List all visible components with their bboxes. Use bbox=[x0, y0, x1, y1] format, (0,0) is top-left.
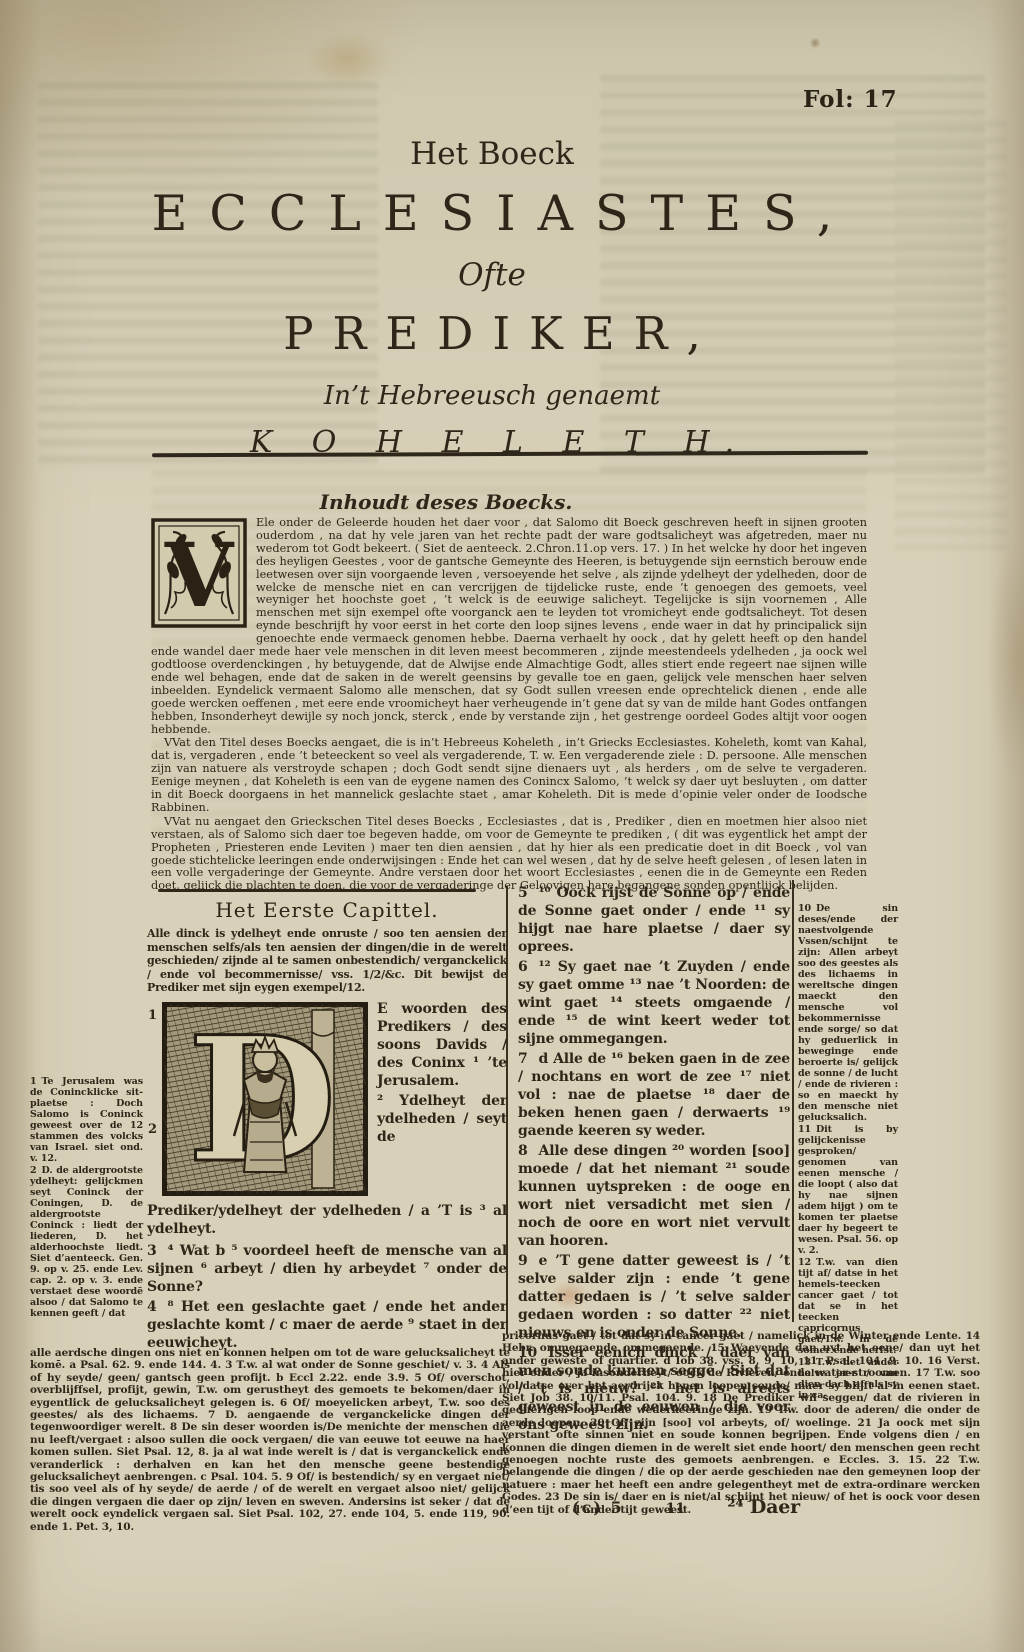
verse-number: 1 bbox=[148, 1008, 157, 1023]
verse: 8Alle dese dingen ²⁰ worden [soo] moede … bbox=[518, 1142, 790, 1250]
footnote-block-left: alle aerdsche dingen ons niet en konnen … bbox=[30, 1347, 510, 1533]
book-subtitle: PREDIKER, bbox=[120, 307, 864, 360]
verse-number: 5 bbox=[518, 885, 539, 901]
margin-note: 1Te Jerusalem was de Conincklicke sit-pl… bbox=[30, 1076, 143, 1164]
margin-note-number: 11 bbox=[798, 1124, 816, 1135]
verse-text: ¹⁰ Oock rijst de Sonne op / ende de Sonn… bbox=[518, 885, 790, 955]
verse-number: 6 bbox=[518, 959, 539, 975]
verse-number: 7 bbox=[518, 1051, 539, 1067]
book-title-ofte: Ofte bbox=[120, 257, 864, 293]
verse-flow: 1 2 bbox=[147, 1000, 507, 1352]
folio-label: Fol: 17 bbox=[803, 86, 898, 113]
margin-note-number: 1 bbox=[30, 1076, 42, 1087]
signature-line: (c) 5 11 ²⁴ Daer bbox=[572, 1496, 800, 1518]
margin-notes-left: 1Te Jerusalem was de Conincklicke sit-pl… bbox=[30, 1076, 143, 1320]
chapter-summary: Alle dinck is ydelheyt ende onruste / so… bbox=[147, 927, 507, 995]
verse-number: 8 bbox=[518, 1143, 539, 1159]
margin-note: 11Dit is by gelijckenisse gesproken/ gen… bbox=[798, 1124, 898, 1256]
verse-number: 2 bbox=[148, 1122, 157, 1137]
margin-note-text: Te Jerusalem was de Conincklicke sit-pla… bbox=[30, 1076, 143, 1164]
ornamental-initial-v-art: V bbox=[151, 518, 247, 628]
verse-number: 9 bbox=[518, 1253, 539, 1269]
verse-text: E woorden des Predikers / des soons Davi… bbox=[377, 1001, 507, 1089]
inhoudt-paragraph-2: VVat den Titel deses Boecks aengaet, die… bbox=[151, 737, 867, 814]
verse: 9e ’T gene datter geweest is / ’t selve … bbox=[518, 1252, 790, 1342]
margin-note-number: 10 bbox=[798, 903, 816, 914]
svg-text:V: V bbox=[164, 523, 235, 627]
margin-notes-right: 10De sin deses/ende der naestvolgende Vs… bbox=[798, 903, 898, 1402]
margin-note-text: De sin deses/ende der naestvolgende Vsse… bbox=[798, 903, 898, 1123]
book-title: ECCLESIASTES, bbox=[120, 185, 864, 242]
left-column: Het Eerste Capittel. Alle dinck is ydelh… bbox=[147, 898, 507, 1354]
verse-number: 3 bbox=[147, 1243, 168, 1259]
inhoudt-body: V Ele onder de Geleerde houden het daer … bbox=[151, 517, 867, 894]
chapter-heading: Het Eerste Capittel. bbox=[147, 898, 507, 922]
title-block: Het Boeck ECCLESIASTES, Ofte PREDIKER, I… bbox=[120, 136, 864, 460]
verse: 6¹² Sy gaet nae ’t Zuyden / ende sy gaet… bbox=[518, 958, 790, 1048]
margin-note-text: D. de aldergrootste ydelheyt: gelijckmen… bbox=[30, 1165, 143, 1319]
footnote-block-right: pricornus gaet / tot dat sy in cancer ga… bbox=[502, 1330, 980, 1516]
verse-text: d Alle de ¹⁶ beken gaen in de zee / noch… bbox=[518, 1051, 790, 1139]
signature-mark: (c) 5 bbox=[572, 1498, 624, 1517]
margin-note: 10De sin deses/ende der naestvolgende Vs… bbox=[798, 903, 898, 1123]
bleedthrough-margin bbox=[895, 120, 1007, 550]
verse-number: 4 bbox=[147, 1299, 168, 1315]
book-pretitle: Het Boeck bbox=[120, 136, 864, 172]
verse-text: Alle dese dingen ²⁰ worden [soo] moede /… bbox=[518, 1143, 790, 1249]
verse: 5¹⁰ Oock rijst de Sonne op / ende de Son… bbox=[518, 884, 790, 956]
ornamental-initial-v: V bbox=[151, 518, 247, 632]
margin-note-number: 2 bbox=[30, 1165, 42, 1176]
woodcut-initial-d-art: D bbox=[162, 1002, 368, 1196]
margin-divider bbox=[792, 880, 794, 1322]
inhoudt-paragraph-1: Ele onder de Geleerde houden het daer vo… bbox=[151, 517, 867, 736]
catchword: ²⁴ Daer bbox=[727, 1496, 800, 1518]
inhoudt-paragraph-3: VVat nu aengaet den Grieckschen Titel de… bbox=[151, 816, 867, 893]
hebrew-intro: In’t Hebreeusch genaemt bbox=[120, 381, 864, 411]
woodcut-initial-d: D bbox=[162, 1002, 368, 1200]
margin-note-text: Dit is by gelijckenisse gesproken/ genom… bbox=[798, 1124, 898, 1256]
verse: 7d Alle de ¹⁶ beken gaen in de zee / noc… bbox=[518, 1050, 790, 1140]
book-page-scan: Fol: 17 Het Boeck ECCLESIASTES, Ofte PRE… bbox=[0, 0, 1024, 1652]
sheet-number: 11 bbox=[666, 1501, 685, 1517]
verse-text: e ’T gene datter geweest is / ’t selve s… bbox=[518, 1253, 790, 1341]
verse: 4⁸ Het een geslachte gaet / ende het and… bbox=[147, 1298, 507, 1352]
margin-note-number: 12 bbox=[798, 1257, 816, 1268]
verse-text: ⁸ Het een geslachte gaet / ende het ande… bbox=[147, 1299, 507, 1351]
verse-text: ¹² Sy gaet nae ’t Zuyden / ende sy gaet … bbox=[518, 959, 790, 1047]
margin-note: 2D. de aldergrootste ydelheyt: gelijckme… bbox=[30, 1165, 143, 1319]
chapter-rule bbox=[158, 889, 476, 892]
inhoudt-heading: Inhoudt deses Boecks. bbox=[150, 490, 742, 514]
verse: 3⁴ Wat b ⁵ voordeel heeft de mensche van… bbox=[147, 1242, 507, 1296]
verse-text: ⁴ Wat b ⁵ voordeel heeft de mensche van … bbox=[147, 1243, 507, 1295]
